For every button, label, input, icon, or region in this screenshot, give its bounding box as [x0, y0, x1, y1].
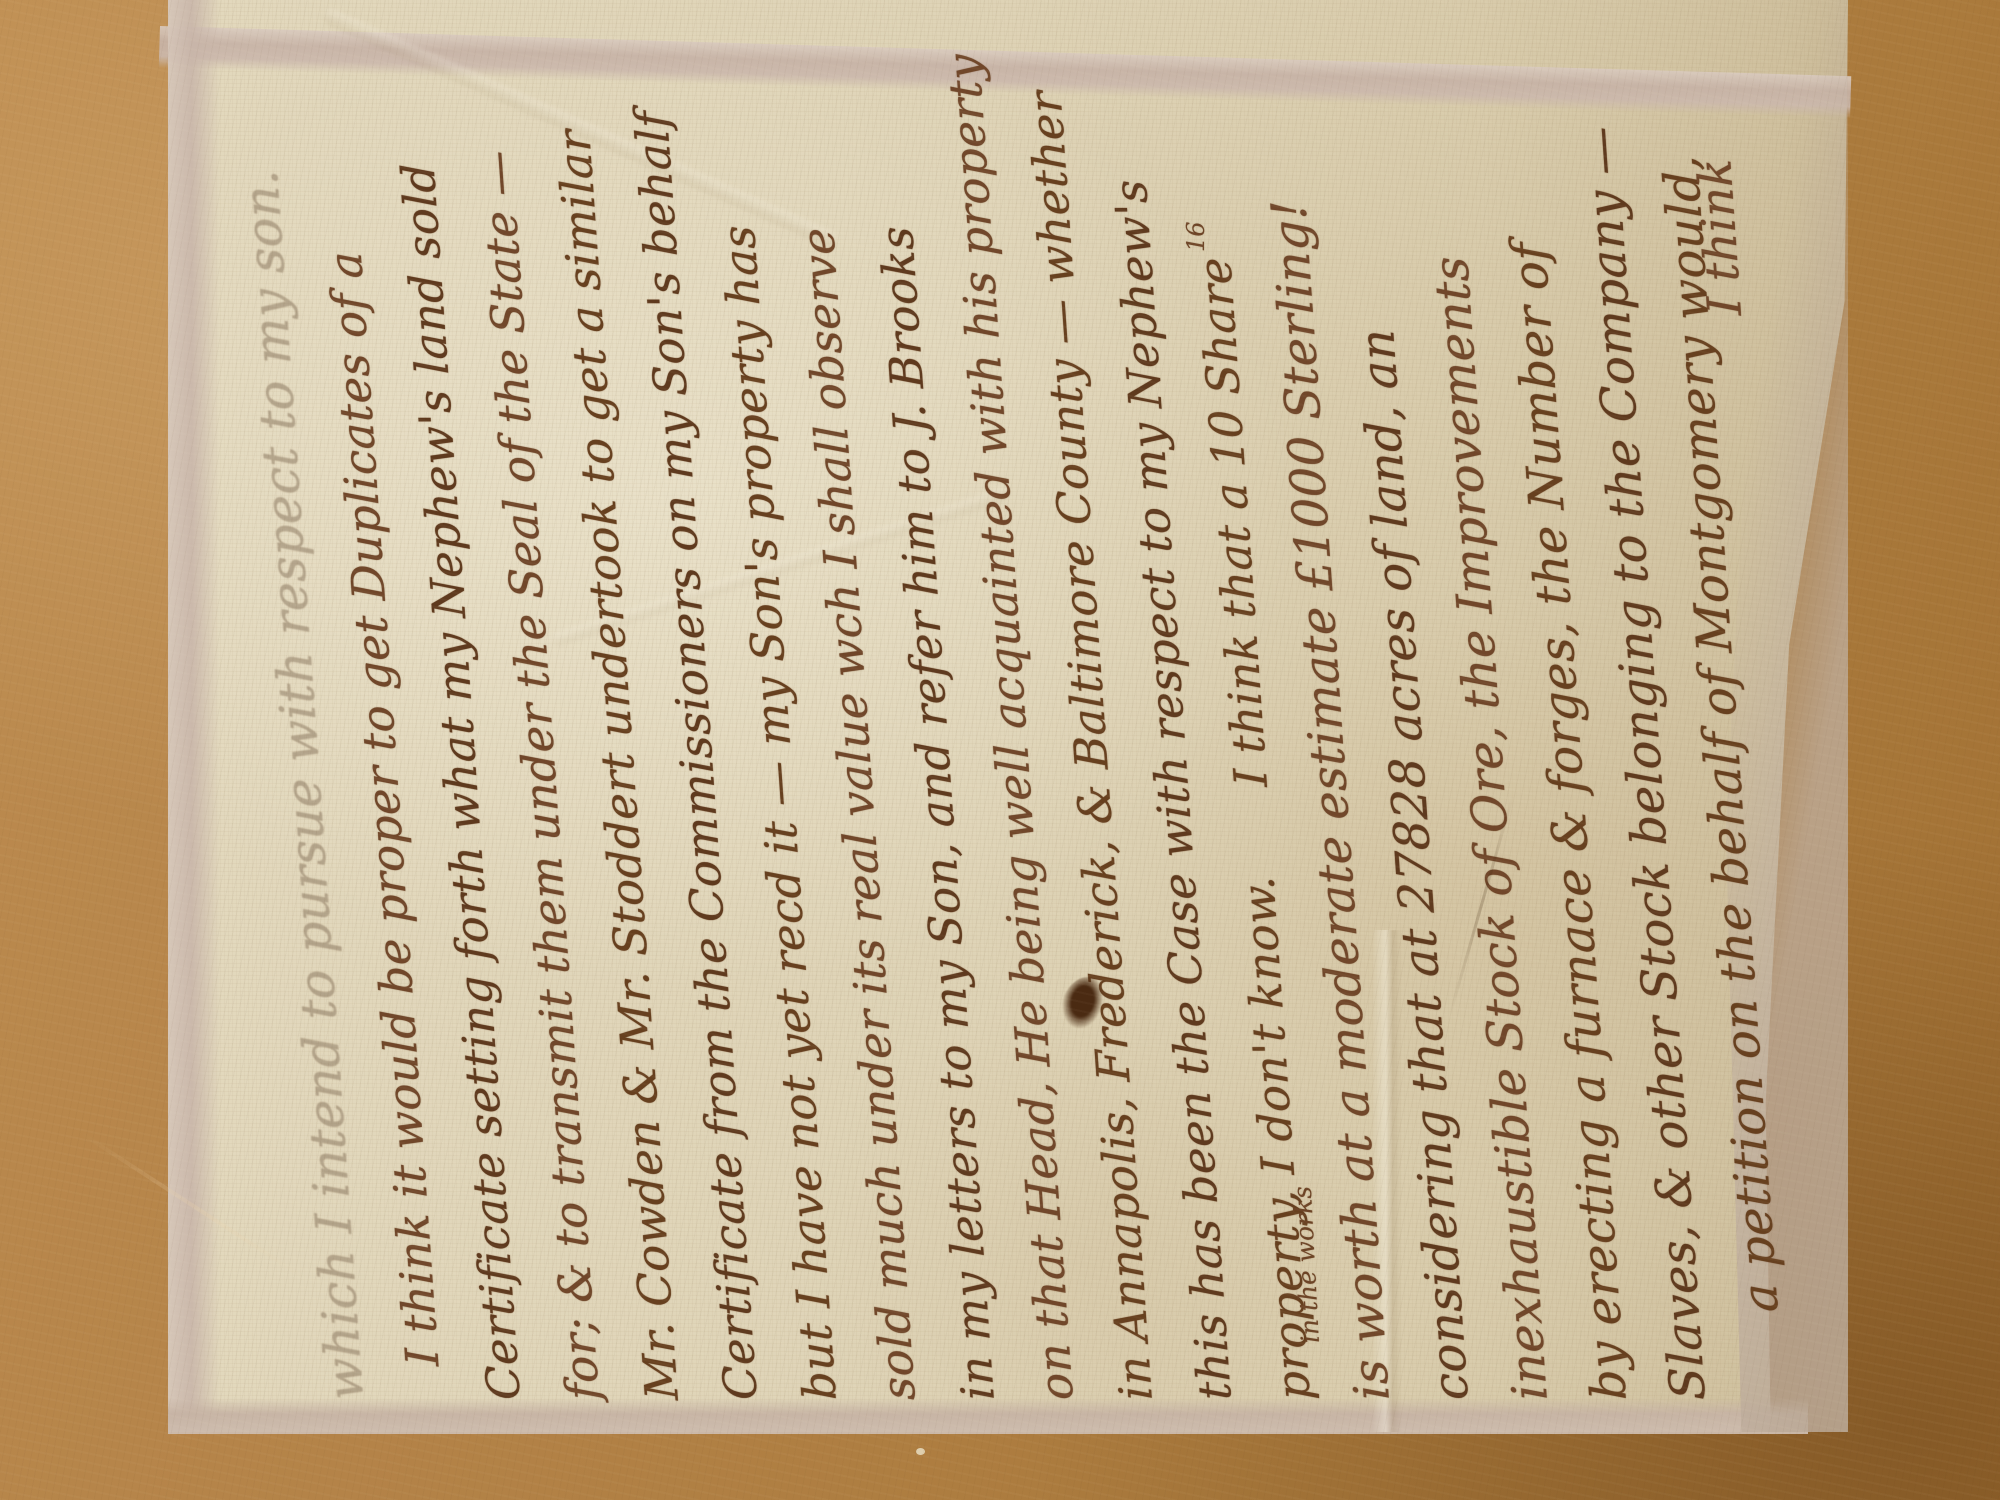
manuscript-text-block: which I intend to pursue with respect to…: [213, 58, 1887, 1400]
interline-insertion-16: 16: [1182, 221, 1210, 252]
photo-of-letter: which I intend to pursue with respect to…: [0, 0, 2000, 1500]
paper-speck: [916, 1448, 925, 1455]
